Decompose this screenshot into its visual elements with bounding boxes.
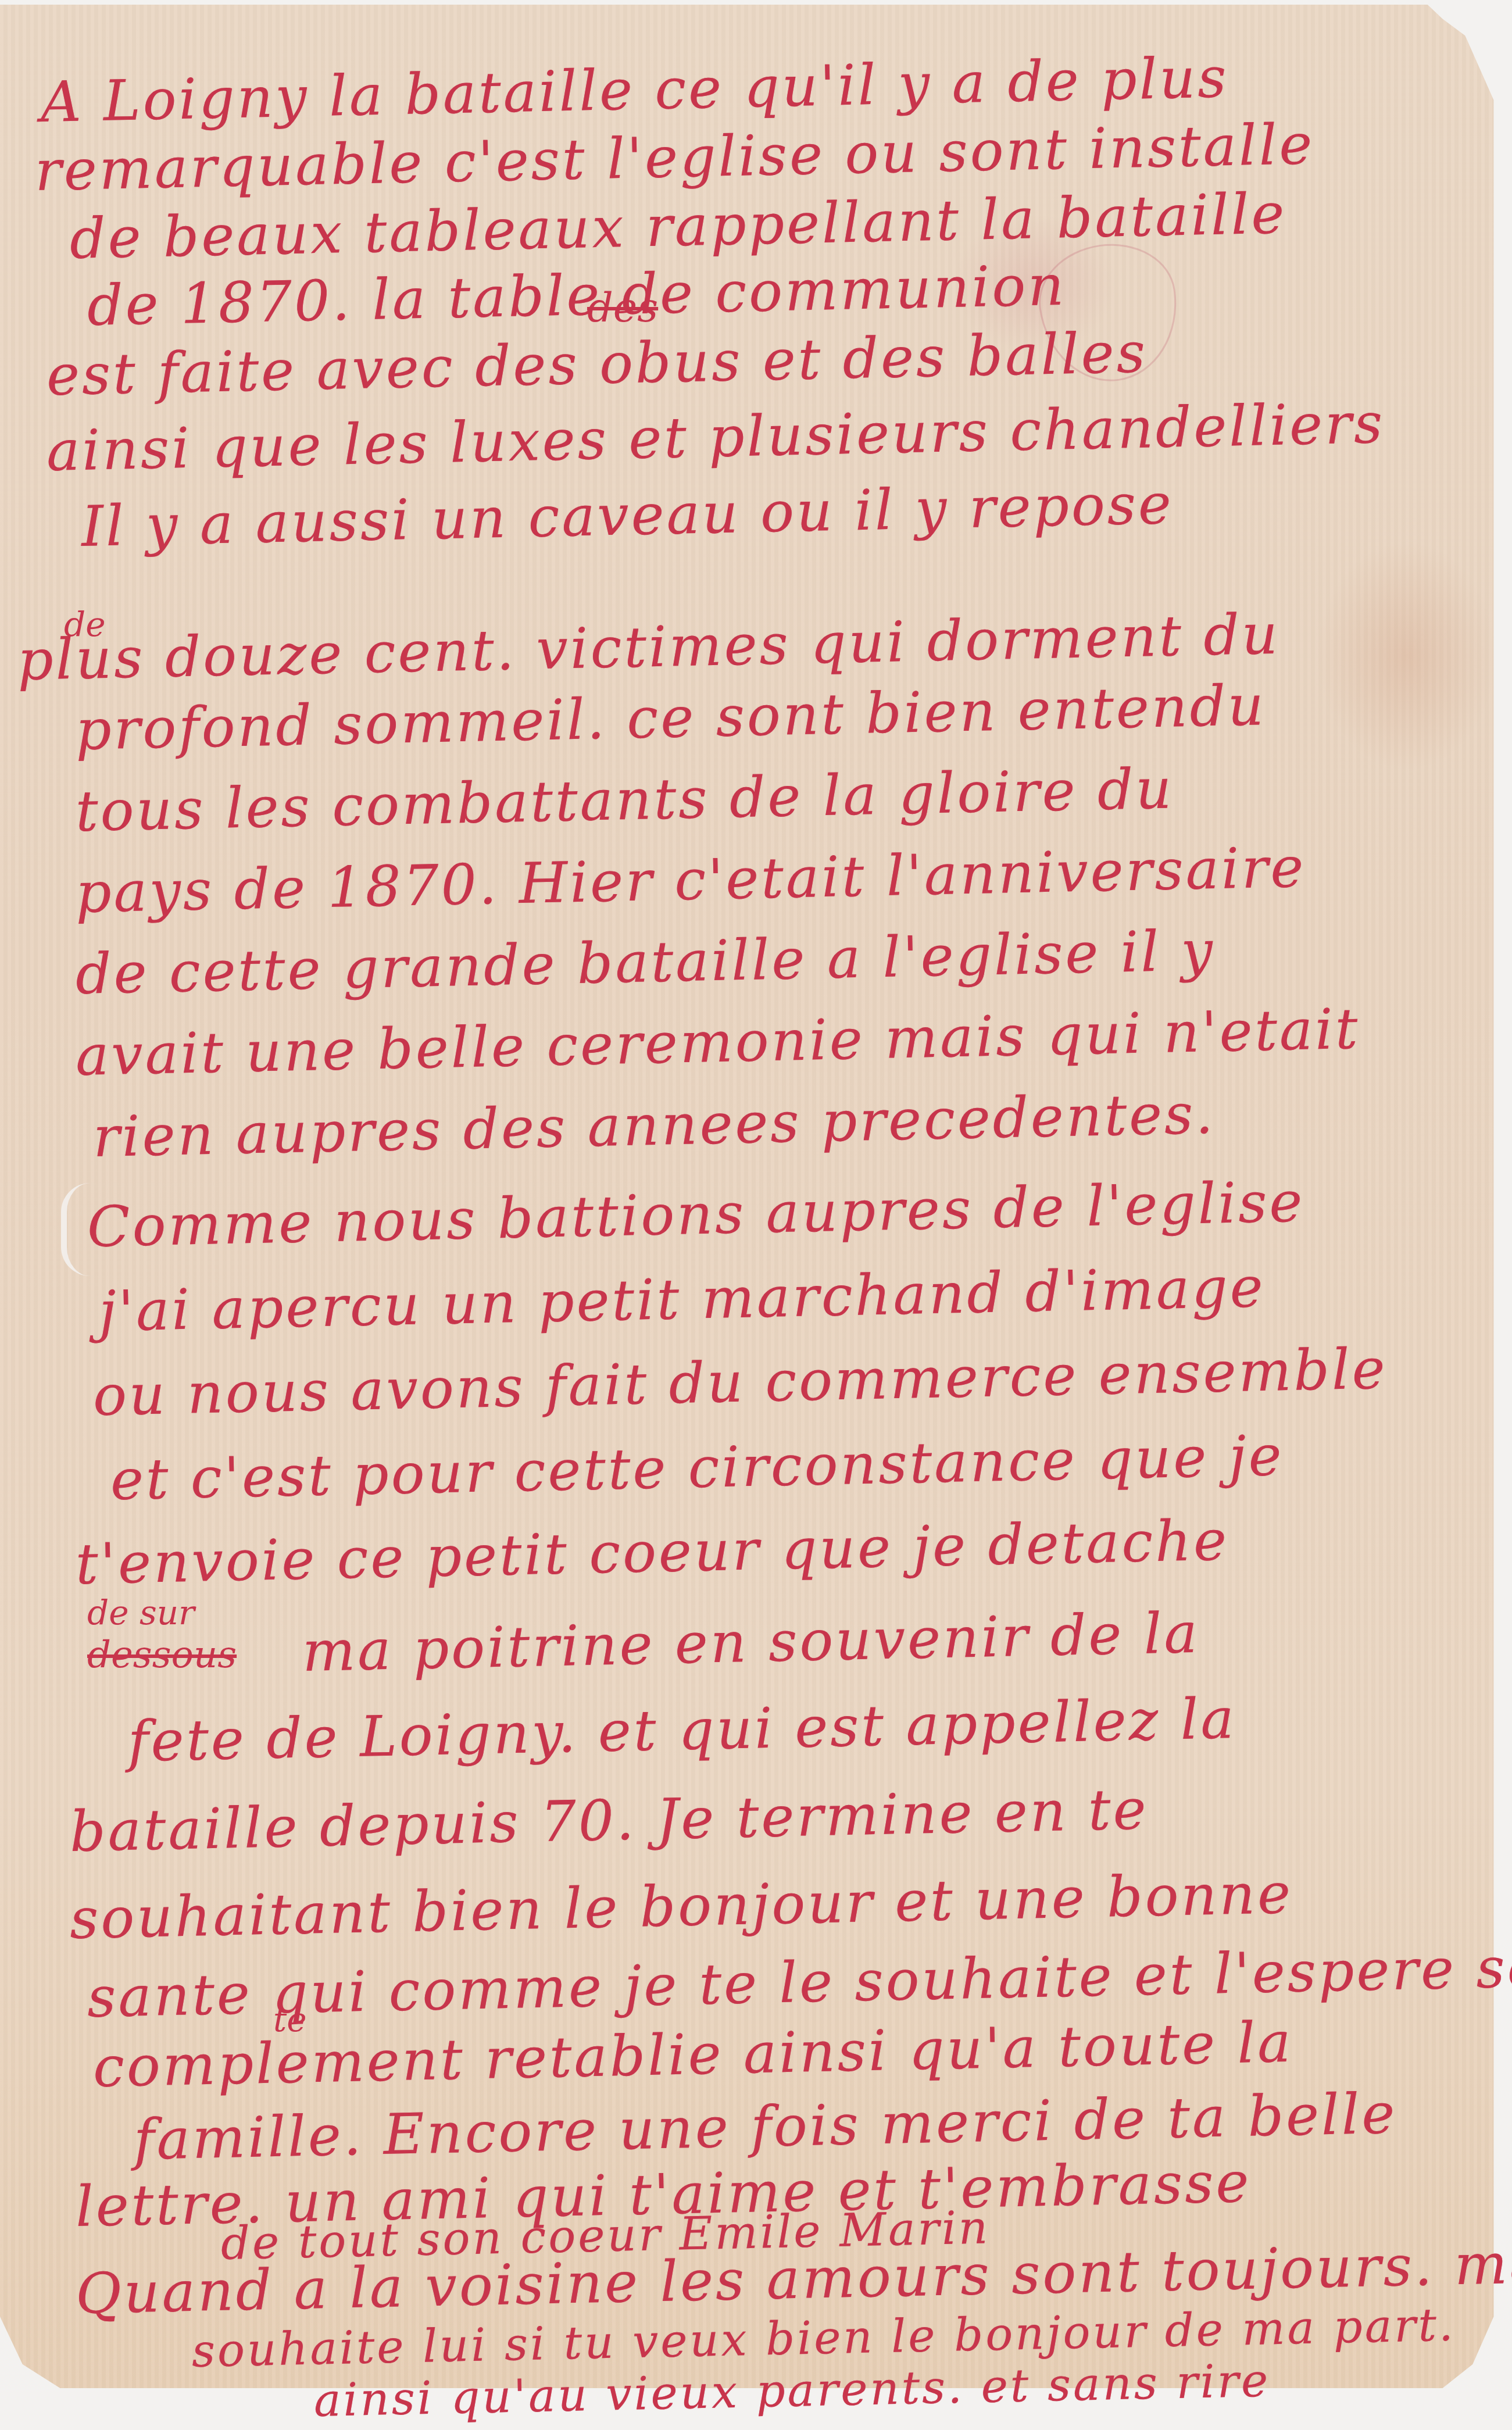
insertion-de-sur: de sur (87, 1593, 195, 1632)
paper-tear (61, 1183, 90, 1276)
struck-word-dessous: dessous (87, 1634, 237, 1677)
struck-word-des: des (587, 284, 658, 331)
